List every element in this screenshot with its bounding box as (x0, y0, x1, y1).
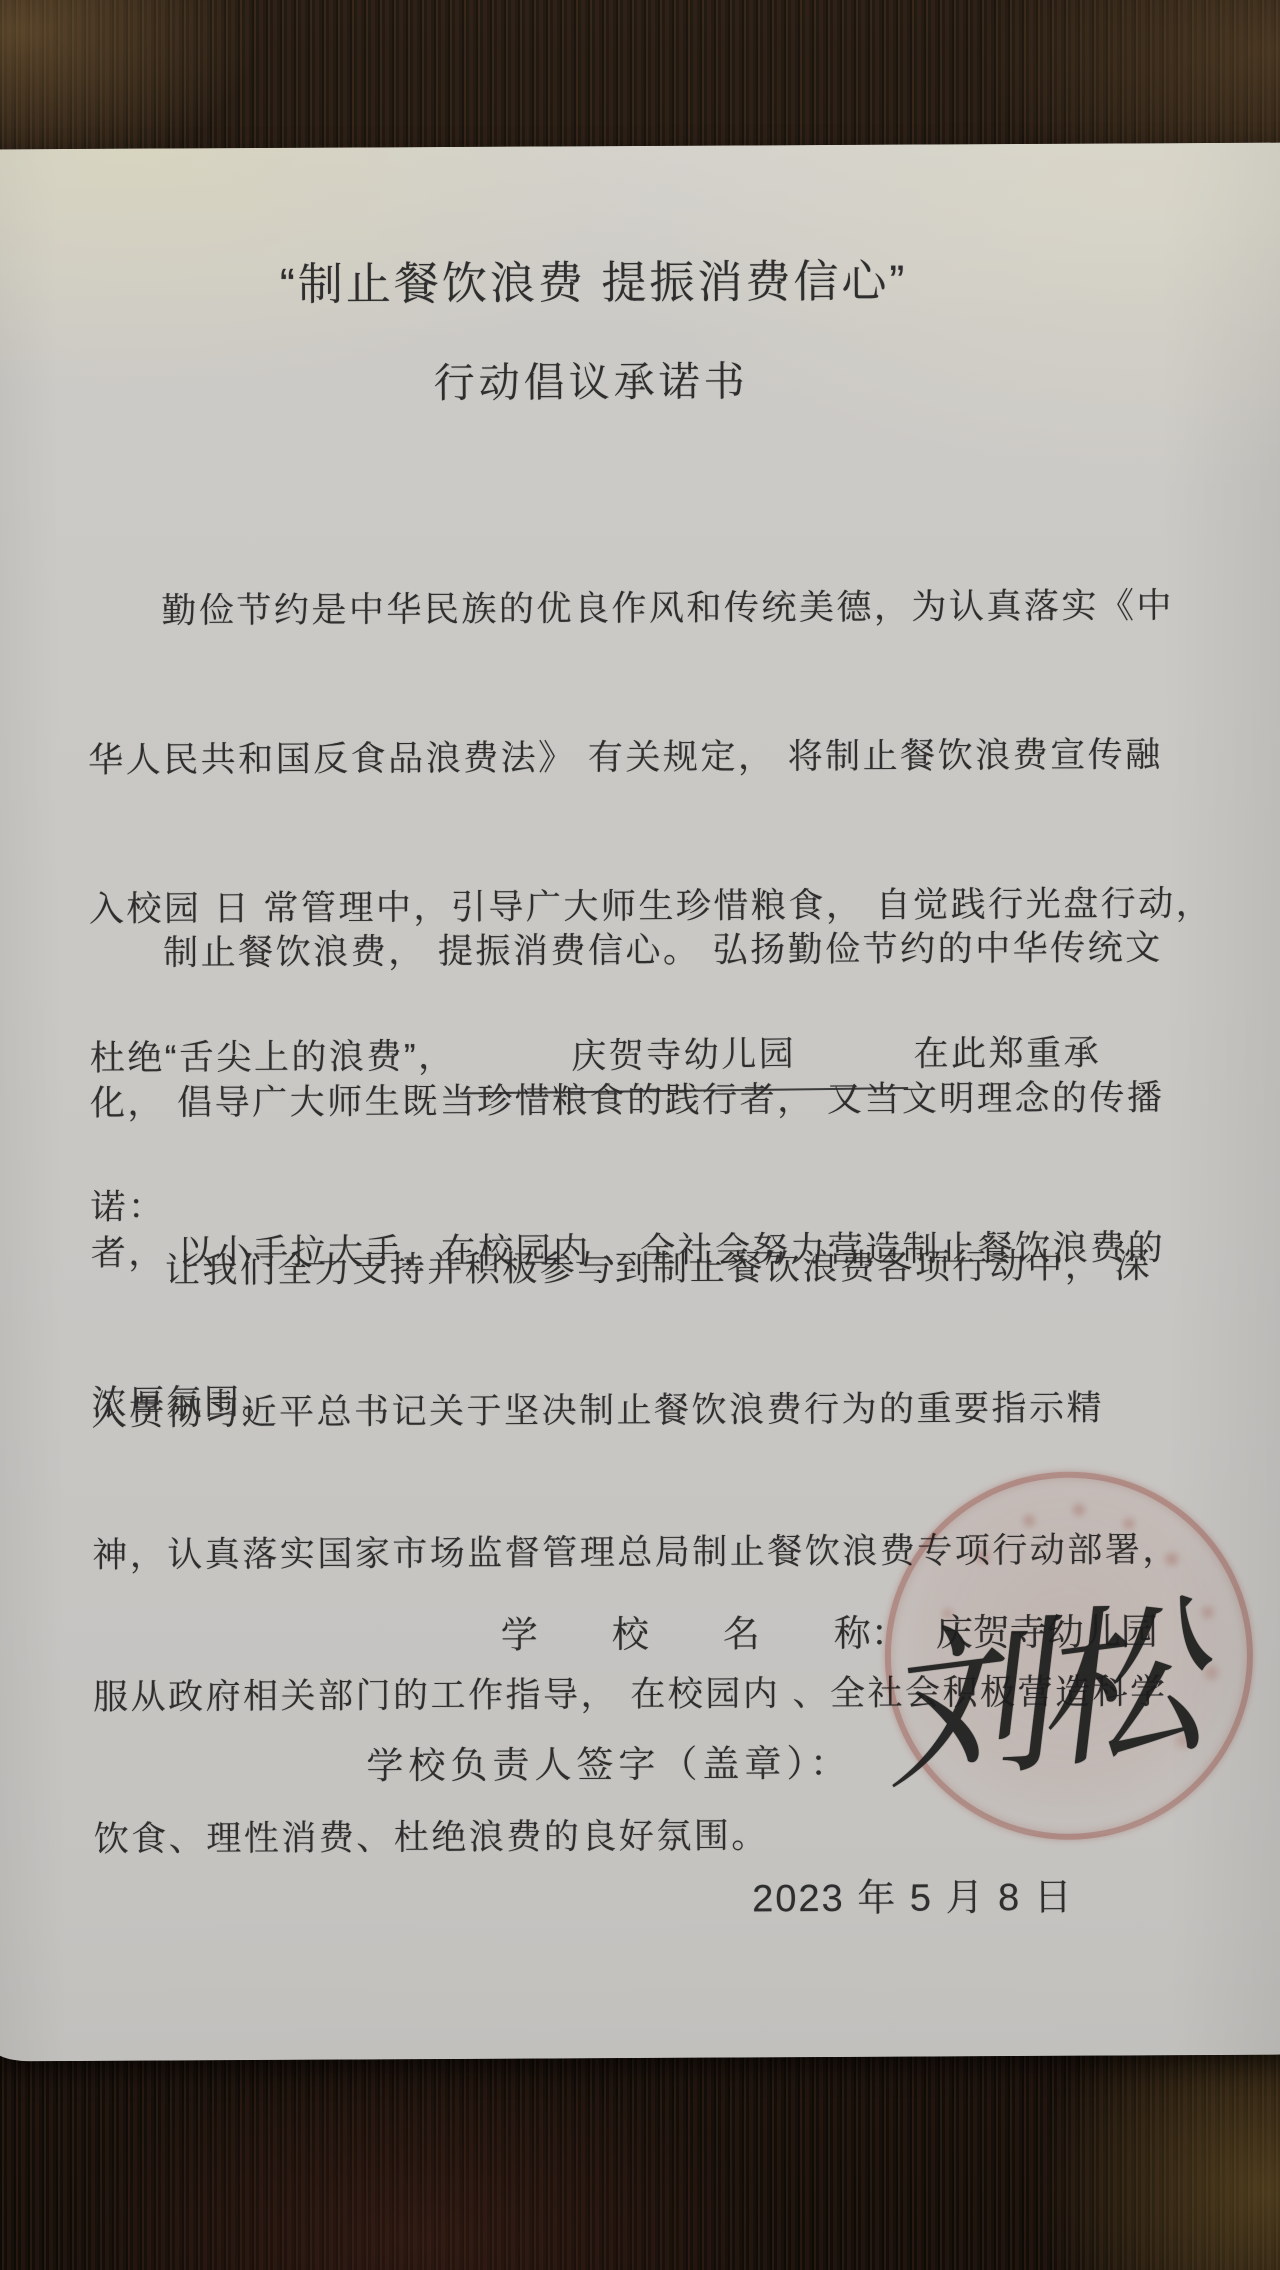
paper-sheet: “制止餐饮浪费 提振消费信心” 行动倡议承诺书 勤俭节约是中华民族的优良作风和传… (0, 143, 1280, 2062)
p1-line2: 华人民共和国反食品浪费法》 有关规定， 将制止餐饮浪费宣传融 (88, 720, 1198, 795)
p3-line1: 让我们全力支持并积极参与到制止餐饮浪费各项行动中， 深 (91, 1235, 1201, 1303)
p2-line2: 化， 倡导广大师生既当珍惜粮食的践行者， 又当文明理念的传播 (90, 1063, 1200, 1139)
p1-line1: 勤俭节约是中华民族的优良作风和传统美德，为认真落实《中 (87, 571, 1197, 646)
school-name-label: 学 校 名 称： (501, 1613, 908, 1656)
p3-line2: 入贯彻习近平总书记关于坚决制止餐饮浪费行为的重要指示精 (91, 1377, 1201, 1445)
photographed-document: “制止餐饮浪费 提振消费信心” 行动倡议承诺书 勤俭节约是中华民族的优良作风和传… (0, 0, 1280, 2270)
handwritten-signature: 刘松 (874, 1514, 1280, 1899)
principal-signature-label: 学校负责人签字（盖章）： (366, 1733, 852, 1790)
document-title-line2: 行动倡议承诺书 (0, 346, 1202, 411)
document-title-line1: “制止餐饮浪费 提振消费信心” (0, 243, 1208, 314)
p2-line1: 制止餐饮浪费， 提振消费信心。 弘扬勤俭节约的中华传统文 (89, 913, 1199, 989)
